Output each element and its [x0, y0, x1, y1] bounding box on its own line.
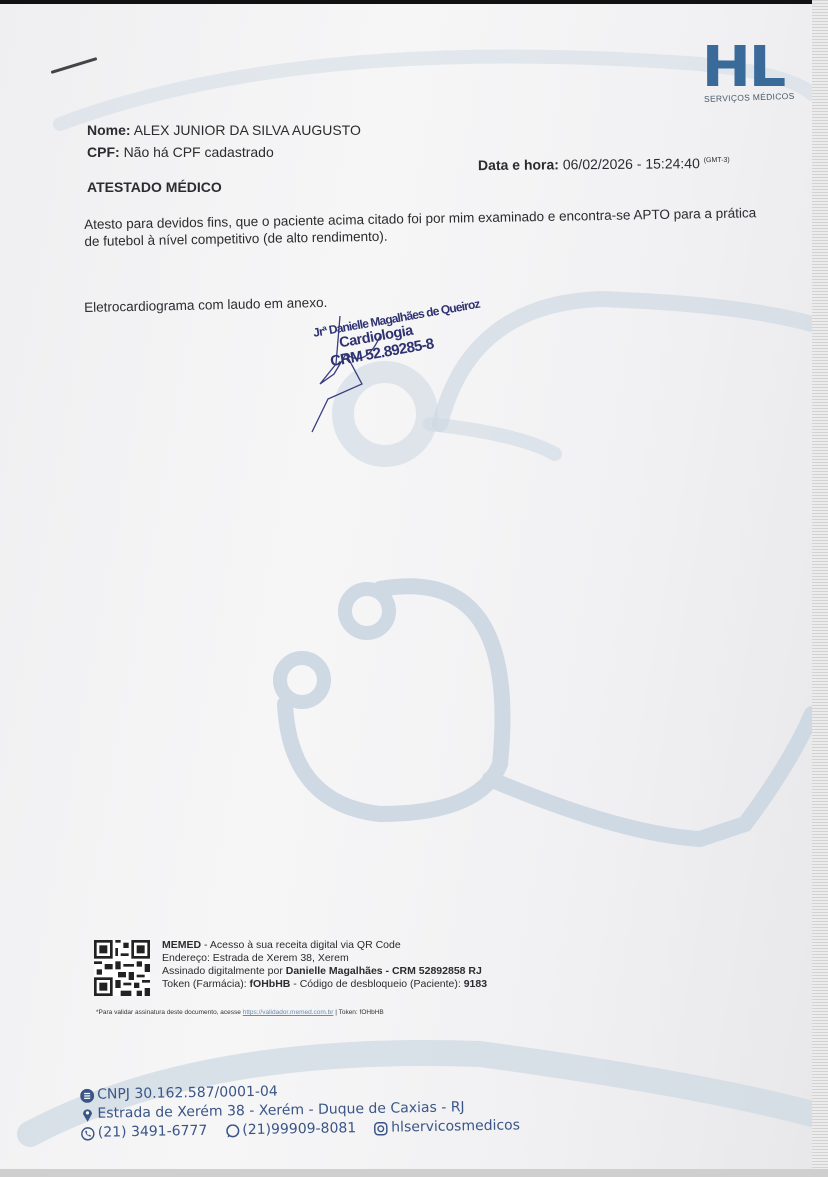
memed-address: Endereço: Estrada de Xerem 38, Xerem — [162, 952, 487, 965]
validation-token: | Token: fOHbHB — [333, 1009, 383, 1016]
signed-prefix: Assinado digitalmente por — [162, 965, 286, 977]
validation-note: *Para validar assinatura deste documento… — [96, 1009, 384, 1016]
logo-subtitle: SERVIÇOS MÉDICOS — [704, 91, 796, 104]
company-footer: CNPJ 30.162.587/0001-04 Estrada de Xerém… — [80, 1078, 520, 1143]
patient-name: Nome: ALEX JUNIOR DA SILVA AUGUSTO — [87, 122, 361, 138]
cpf-label: CPF: — [87, 144, 120, 160]
token-label: Token (Farmácia): — [162, 978, 250, 990]
logo-text: HL — [702, 44, 799, 92]
datetime-value: 06/02/2026 - 15:24:40 — [563, 155, 700, 172]
validation-prefix: *Para validar assinatura deste documento… — [96, 1009, 243, 1016]
name-value: ALEX JUNIOR DA SILVA AUGUSTO — [134, 122, 361, 138]
whatsapp-number[interactable]: (21)99909-8081 — [242, 1119, 356, 1140]
instagram-icon — [374, 1121, 388, 1135]
name-label: Nome: — [87, 122, 131, 138]
memed-signed-by: Assinado digitalmente por Danielle Magal… — [162, 965, 487, 978]
signer-name: Danielle Magalhães - CRM 52892858 RJ — [286, 965, 482, 977]
unlock-code: 9183 — [464, 978, 487, 990]
pharmacy-token: fOHbHB — [250, 978, 291, 990]
memed-line-1: MEMED - Acesso à sua receita digital via… — [162, 939, 487, 952]
bottom-border — [0, 1169, 828, 1177]
memed-brand: MEMED — [162, 939, 201, 951]
unlock-code-label: - Código de desbloqueio (Paciente): — [290, 978, 463, 990]
phone-number[interactable]: (21) 3491-6777 — [98, 1122, 208, 1143]
date-time: Data e hora: 06/02/2026 - 15:24:40 (GMT-… — [478, 155, 730, 173]
validation-link[interactable]: https://validador.memed.com.br — [243, 1009, 334, 1016]
phone-icon — [81, 1126, 95, 1140]
timezone: (GMT-3) — [704, 157, 730, 164]
whatsapp-icon — [225, 1124, 239, 1138]
qr-code[interactable] — [94, 940, 150, 996]
memed-qr-text: - Acesso à sua receita digital via QR Co… — [201, 939, 401, 951]
memed-token-line: Token (Farmácia): fOHbHB - Código de des… — [162, 978, 487, 991]
memed-info: MEMED - Acesso à sua receita digital via… — [162, 939, 487, 991]
location-pin-icon — [80, 1107, 94, 1121]
hl-logo: HL SERVIÇOS MÉDICOS — [704, 44, 796, 104]
document-title: ATESTADO MÉDICO — [87, 179, 222, 195]
patient-cpf: CPF: Não há CPF cadastrado — [87, 144, 274, 160]
cpf-value: Não há CPF cadastrado — [124, 144, 274, 160]
datetime-label: Data e hora: — [478, 156, 559, 173]
document-page: HL SERVIÇOS MÉDICOS Nome: ALEX JUNIOR DA… — [0, 4, 812, 1169]
instagram-handle[interactable]: hlservicosmedicos — [391, 1116, 520, 1137]
page-stack-edge — [812, 0, 828, 1177]
document-icon — [80, 1088, 94, 1102]
